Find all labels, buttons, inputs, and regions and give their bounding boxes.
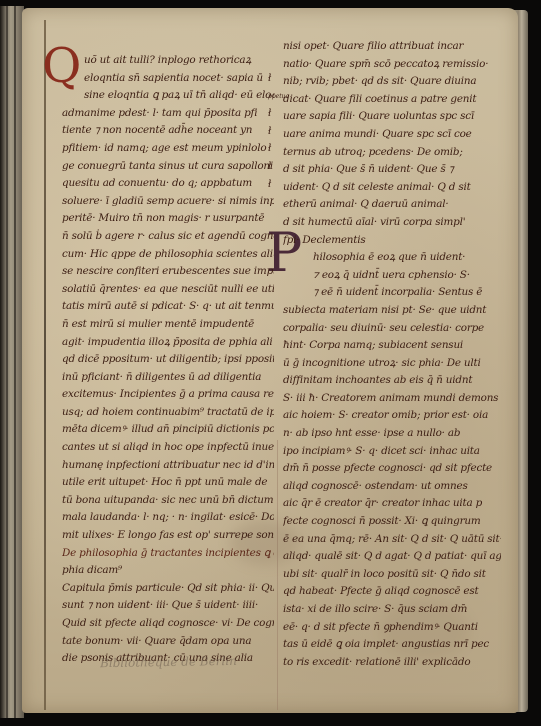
left-text-column: uõ ut ait tulli? inplogo rethoricaꝝeloqn… <box>62 52 274 668</box>
manuscript-line: cantes ut si aliqd in hoc ope inpfectū i… <box>62 439 274 457</box>
marginal-notes: łpṗetuałłłłł <box>268 70 289 193</box>
manuscript-line: uident· Q d sit celeste animal· Q d sit <box>283 179 501 197</box>
binding-ridge <box>14 6 16 718</box>
manuscript-line: d sit humectū aīal· virū corpa simpl' <box>283 214 501 232</box>
manuscript-line: tatis mirū autē si pdicat· S· q· ut ait … <box>62 298 274 316</box>
manuscript-line: ħint· Corpa namq; subiacent sensui <box>283 337 501 355</box>
manuscript-line: tū bona uitupanda· sic nec unū bn̄ dictu… <box>62 492 274 510</box>
page-fold-line <box>277 440 278 710</box>
manuscript-line: se nescire confiteri erubescentes sue im… <box>62 263 274 281</box>
manuscript-line: nisi opet· Quare filio attribuat incar <box>283 38 501 56</box>
manuscript-line: diffinitam inchoantes ab eis q̄ n̄ uidnt <box>283 372 501 390</box>
manuscript-line: soluere· ī gladiū semp acuere· si nimis … <box>62 193 274 211</box>
manuscript-line: natio· Quare spm̄ scō peccatoꝝ remissio· <box>283 56 501 74</box>
marginal-mark: ł <box>268 176 289 194</box>
manuscript-line: fpi· Declementis <box>283 232 501 250</box>
manuscript-line: inū pficiant· n̄ diligentes ū ad diligen… <box>62 369 274 387</box>
manuscript-line: quesitu ad conuentu· do q; appbatum <box>62 175 274 193</box>
marginal-mark: ł <box>268 140 289 158</box>
manuscript-line: eloqntia sn̄ sapientia nocet· sapia ū <box>62 70 274 88</box>
manuscript-line: utile erit uitupet· Hoc n̄ ppt unū male … <box>62 474 274 492</box>
manuscript-line: n· ab ipso hnt esse· ipse a nullo· ab <box>283 425 501 443</box>
manuscript-line: sunt ⁊ non uident· iii· Que s̄ uident· i… <box>62 597 274 615</box>
manuscript-line: uare anima mundi· Quare spc scī coe <box>283 126 501 144</box>
marginal-mark: ł <box>268 105 289 123</box>
manuscript-line: subiecta materiam nisi pt· Se· que uidnt <box>283 302 501 320</box>
manuscript-line: aic hoiem· S· creator omib; prior est· o… <box>283 407 501 425</box>
manuscript-line: usq; ad hoiem continuabim⁹ tractatū de i… <box>62 404 274 422</box>
right-text-column: nisi opet· Quare filio attribuat incarna… <box>283 38 501 671</box>
manuscript-line: dicat· Quare fili coetinus a patre genit <box>283 91 501 109</box>
manuscript-line: mit ulixes· E longo fas est op' surrepe … <box>62 527 274 545</box>
manuscript-line: uare sapia fili· Quare uoluntas spc scī <box>283 108 501 126</box>
manuscript-line: Capitula p̄mis particule· Qd sit phia· i… <box>62 580 274 598</box>
binding-ridge <box>6 6 8 718</box>
manuscript-line: d sit phia· Que s̄ n̄ uident· Que s̄ ⁊ <box>283 161 501 179</box>
manuscript-line: Quid sit pfecte aliqd cognosce· vi· De c… <box>62 615 274 633</box>
manuscript-line: pfitiem· id namq; age est meum ypinlolo <box>62 140 274 158</box>
manuscript-line: ū ḡ incognitione utroꝝ· sic phia· De ult… <box>283 355 501 373</box>
manuscript-line: eē· q· d sit pfecte n̄ ꝯphendimꝰ· Quanti <box>283 619 501 637</box>
manuscript-line: phia dicam⁹ <box>62 562 274 580</box>
manuscript-line: ternus ab utroq; pcedens· De omib; <box>283 144 501 162</box>
manuscript-line: De philosophia ḡ tractantes incipientes … <box>62 545 274 563</box>
manuscript-line: tiente ⁊ non nocentē adh̄e noceant yn <box>62 122 274 140</box>
gutter-line <box>44 20 46 710</box>
manuscript-line: ē ea una q̄mq; rē· An sit· Q d sit· Q uā… <box>283 531 501 549</box>
manuscript-line: etherū animal· Q daeruū animal· <box>283 196 501 214</box>
manuscript-line: ipo incipiamꝰ· S· q· dicet sci· inhac ui… <box>283 443 501 461</box>
manuscript-line: aliqd· qualē sit· Q d agat· Q d patiat· … <box>283 548 501 566</box>
manuscript-line: solatiū q̄rentes· ea que nesciūt nulli e… <box>62 281 274 299</box>
pencil-library-note: Bibliothèque de Berlin <box>100 654 237 670</box>
manuscript-line: qd habeat· Pfecte ḡ aliqd cognoscē est <box>283 583 501 601</box>
marginal-mark: ł <box>268 70 289 88</box>
manuscript-line: hilosophia ē eoꝝ que n̄ uident· <box>283 249 501 267</box>
manuscript-line: ⁊ eē n̄ uident̄ incorpalia· Sentus ē <box>283 284 501 302</box>
manuscript-line: n̄ solū ḃ agere r· calus sic et agendū c… <box>62 228 274 246</box>
manuscript-line: cum· Hic qppe de philosophia scientes al… <box>62 246 274 264</box>
manuscript-line: corpalia· seu diuinū· seu celestia· corp… <box>283 320 501 338</box>
marginal-mark: pṗetua <box>268 88 289 106</box>
marginal-mark: ł <box>268 123 289 141</box>
manuscript-line: humanę inpfectioni attribuatur nec id d'… <box>62 457 274 475</box>
manuscript-line: agit· impudentia illoꝝ p̄posita de pphia… <box>62 334 274 352</box>
manuscript-line: ubi sit· qualr̄ in loco positū sit· Q n̄… <box>283 566 501 584</box>
manuscript-line: mēta dicemꝰ· illud an̄ pincipiū dictioni… <box>62 421 274 439</box>
manuscript-line: uõ ut ait tulli? inplogo rethoricaꝝ <box>62 52 274 70</box>
marginal-mark: ł <box>268 158 289 176</box>
manuscript-line: sine eloqntia ꝗ paꝝ uī tn̄ aliqd· eū elo… <box>62 87 274 105</box>
manuscript-line: mala laudanda· l· nq; · n· ingilat· esic… <box>62 509 274 527</box>
manuscript-line: excitemus· Incipientes ḡ a prima causa r… <box>62 386 274 404</box>
manuscript-line: aic q̄r ē creator q̄r· creator inhac uit… <box>283 495 501 513</box>
manuscript-line: ista· xi de illo scire· S· q̄us sciam dm… <box>283 601 501 619</box>
binding-left <box>0 6 24 718</box>
manuscript-line: peritē· Muiro tn̄ non magis· r usurpantē <box>62 210 274 228</box>
manuscript-line: S· iii ħ· Creatorem animam mundi demons <box>283 390 501 408</box>
manuscript-line: aliqd cognoscē· ostendam· ut omnes <box>283 478 501 496</box>
manuscript-line: nib; rvib; pbet· qd ds sit· Quare diuina <box>283 73 501 91</box>
manuscript-line: admanime pdest· l· tam qui p̄posita pfi <box>62 105 274 123</box>
manuscript-line: tate bonum· vii· Quare q̄dam opa una <box>62 633 274 651</box>
manuscript-line: tas ū eidē ꝗ oia implet· angustias nrī p… <box>283 636 501 654</box>
manuscript-line: fecte cognosci n̄ possit· Xi· ꝗ quingrum <box>283 513 501 531</box>
manuscript-line: ge conuegrū tanta sinus ut cura sapollon… <box>62 158 274 176</box>
manuscript-line: qd dicē ppositum· ut diligentib; ipsi pp… <box>62 351 274 369</box>
manuscript-line: n̄ est mirū si mulier mentē impudentē <box>62 316 274 334</box>
manuscript-line: dm̄ n̄ posse pfecte cognosci· qd sit pfe… <box>283 460 501 478</box>
manuscript-line: ⁊ eoꝝ q̄ uidnt̄ uera cphensio· S· <box>283 267 501 285</box>
manuscript-line: to ris excedit· relationē illi' explicād… <box>283 654 501 672</box>
